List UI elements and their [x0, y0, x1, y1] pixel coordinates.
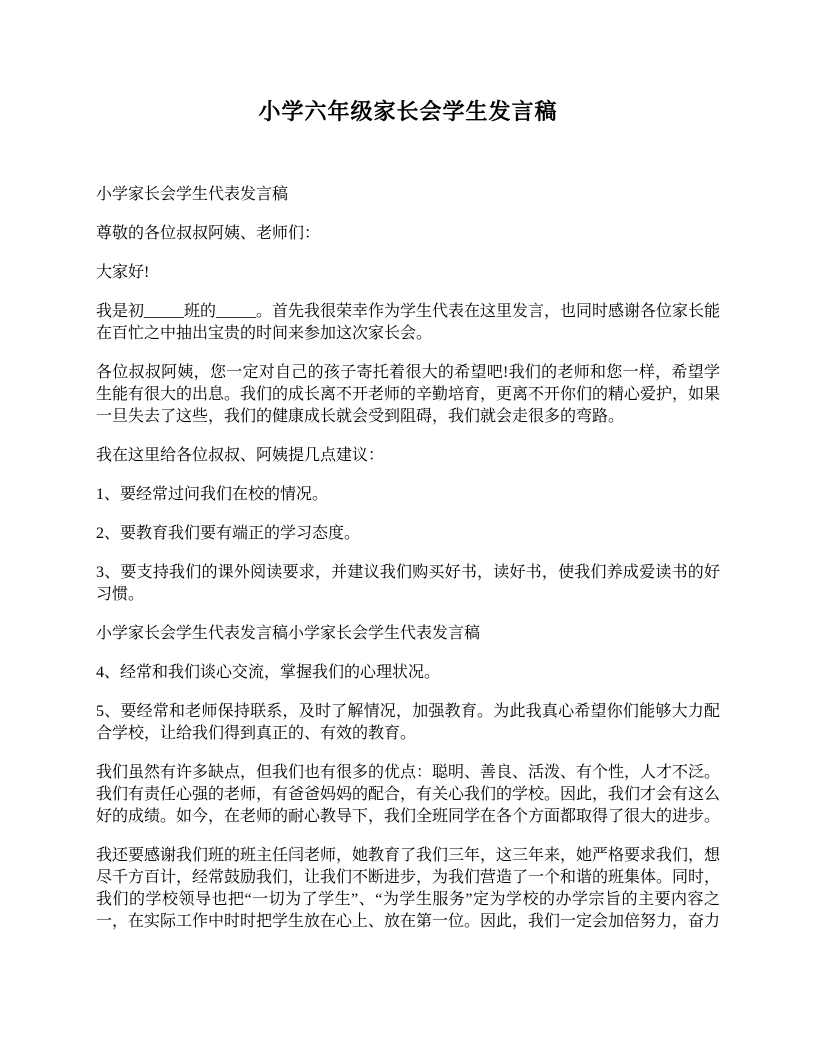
paragraph-suggestion-4: 4、经常和我们谈心交流，掌握我们的心理状况。 — [96, 662, 720, 684]
paragraph-suggestion-2: 2、要教育我们要有端正的学习态度。 — [96, 523, 720, 545]
paragraph-thanks: 我还要感谢我们班的班主任闫老师，她教育了我们三年，这三年来，她严格要求我们，想尽… — [96, 845, 720, 933]
paragraph-greeting: 大家好! — [96, 262, 720, 284]
document-page: 小学六年级家长会学生发言稿 小学家长会学生代表发言稿 尊敬的各位叔叔阿姨、老师们… — [0, 0, 816, 1056]
paragraph-salutation: 尊敬的各位叔叔阿姨、老师们： — [96, 223, 720, 245]
paragraph-suggestion-5: 5、要经常和老师保持联系，及时了解情况，加强教育。为此我真心希望你们能够大力配合… — [96, 701, 720, 745]
paragraph-intro: 我是初_____班的_____。首先我很荣幸作为学生代表在这里发言，也同时感谢各… — [96, 301, 720, 345]
paragraph-hopes: 各位叔叔阿姨，您一定对自己的孩子寄托着很大的希望吧!我们的老师和您一样，希望学生… — [96, 362, 720, 428]
paragraph-strengths: 我们虽然有许多缺点，但我们也有很多的优点：聪明、善良、活泼、有个性，人才不泛。我… — [96, 762, 720, 828]
paragraph-subtitle: 小学家长会学生代表发言稿 — [96, 184, 720, 206]
paragraph-suggestion-1: 1、要经常过问我们在校的情况。 — [96, 484, 720, 506]
document-title: 小学六年级家长会学生发言稿 — [96, 98, 720, 126]
document-title-text: 小学六年级家长会学生发言稿 — [258, 99, 557, 124]
paragraph-suggestion-3: 3、要支持我们的课外阅读要求，并建议我们购买好书，读好书，使我们养成爱读书的好习… — [96, 562, 720, 606]
paragraph-repeat-subtitle: 小学家长会学生代表发言稿小学家长会学生代表发言稿 — [96, 623, 720, 645]
paragraph-suggestions-lead: 我在这里给各位叔叔、阿姨提几点建议： — [96, 445, 720, 467]
